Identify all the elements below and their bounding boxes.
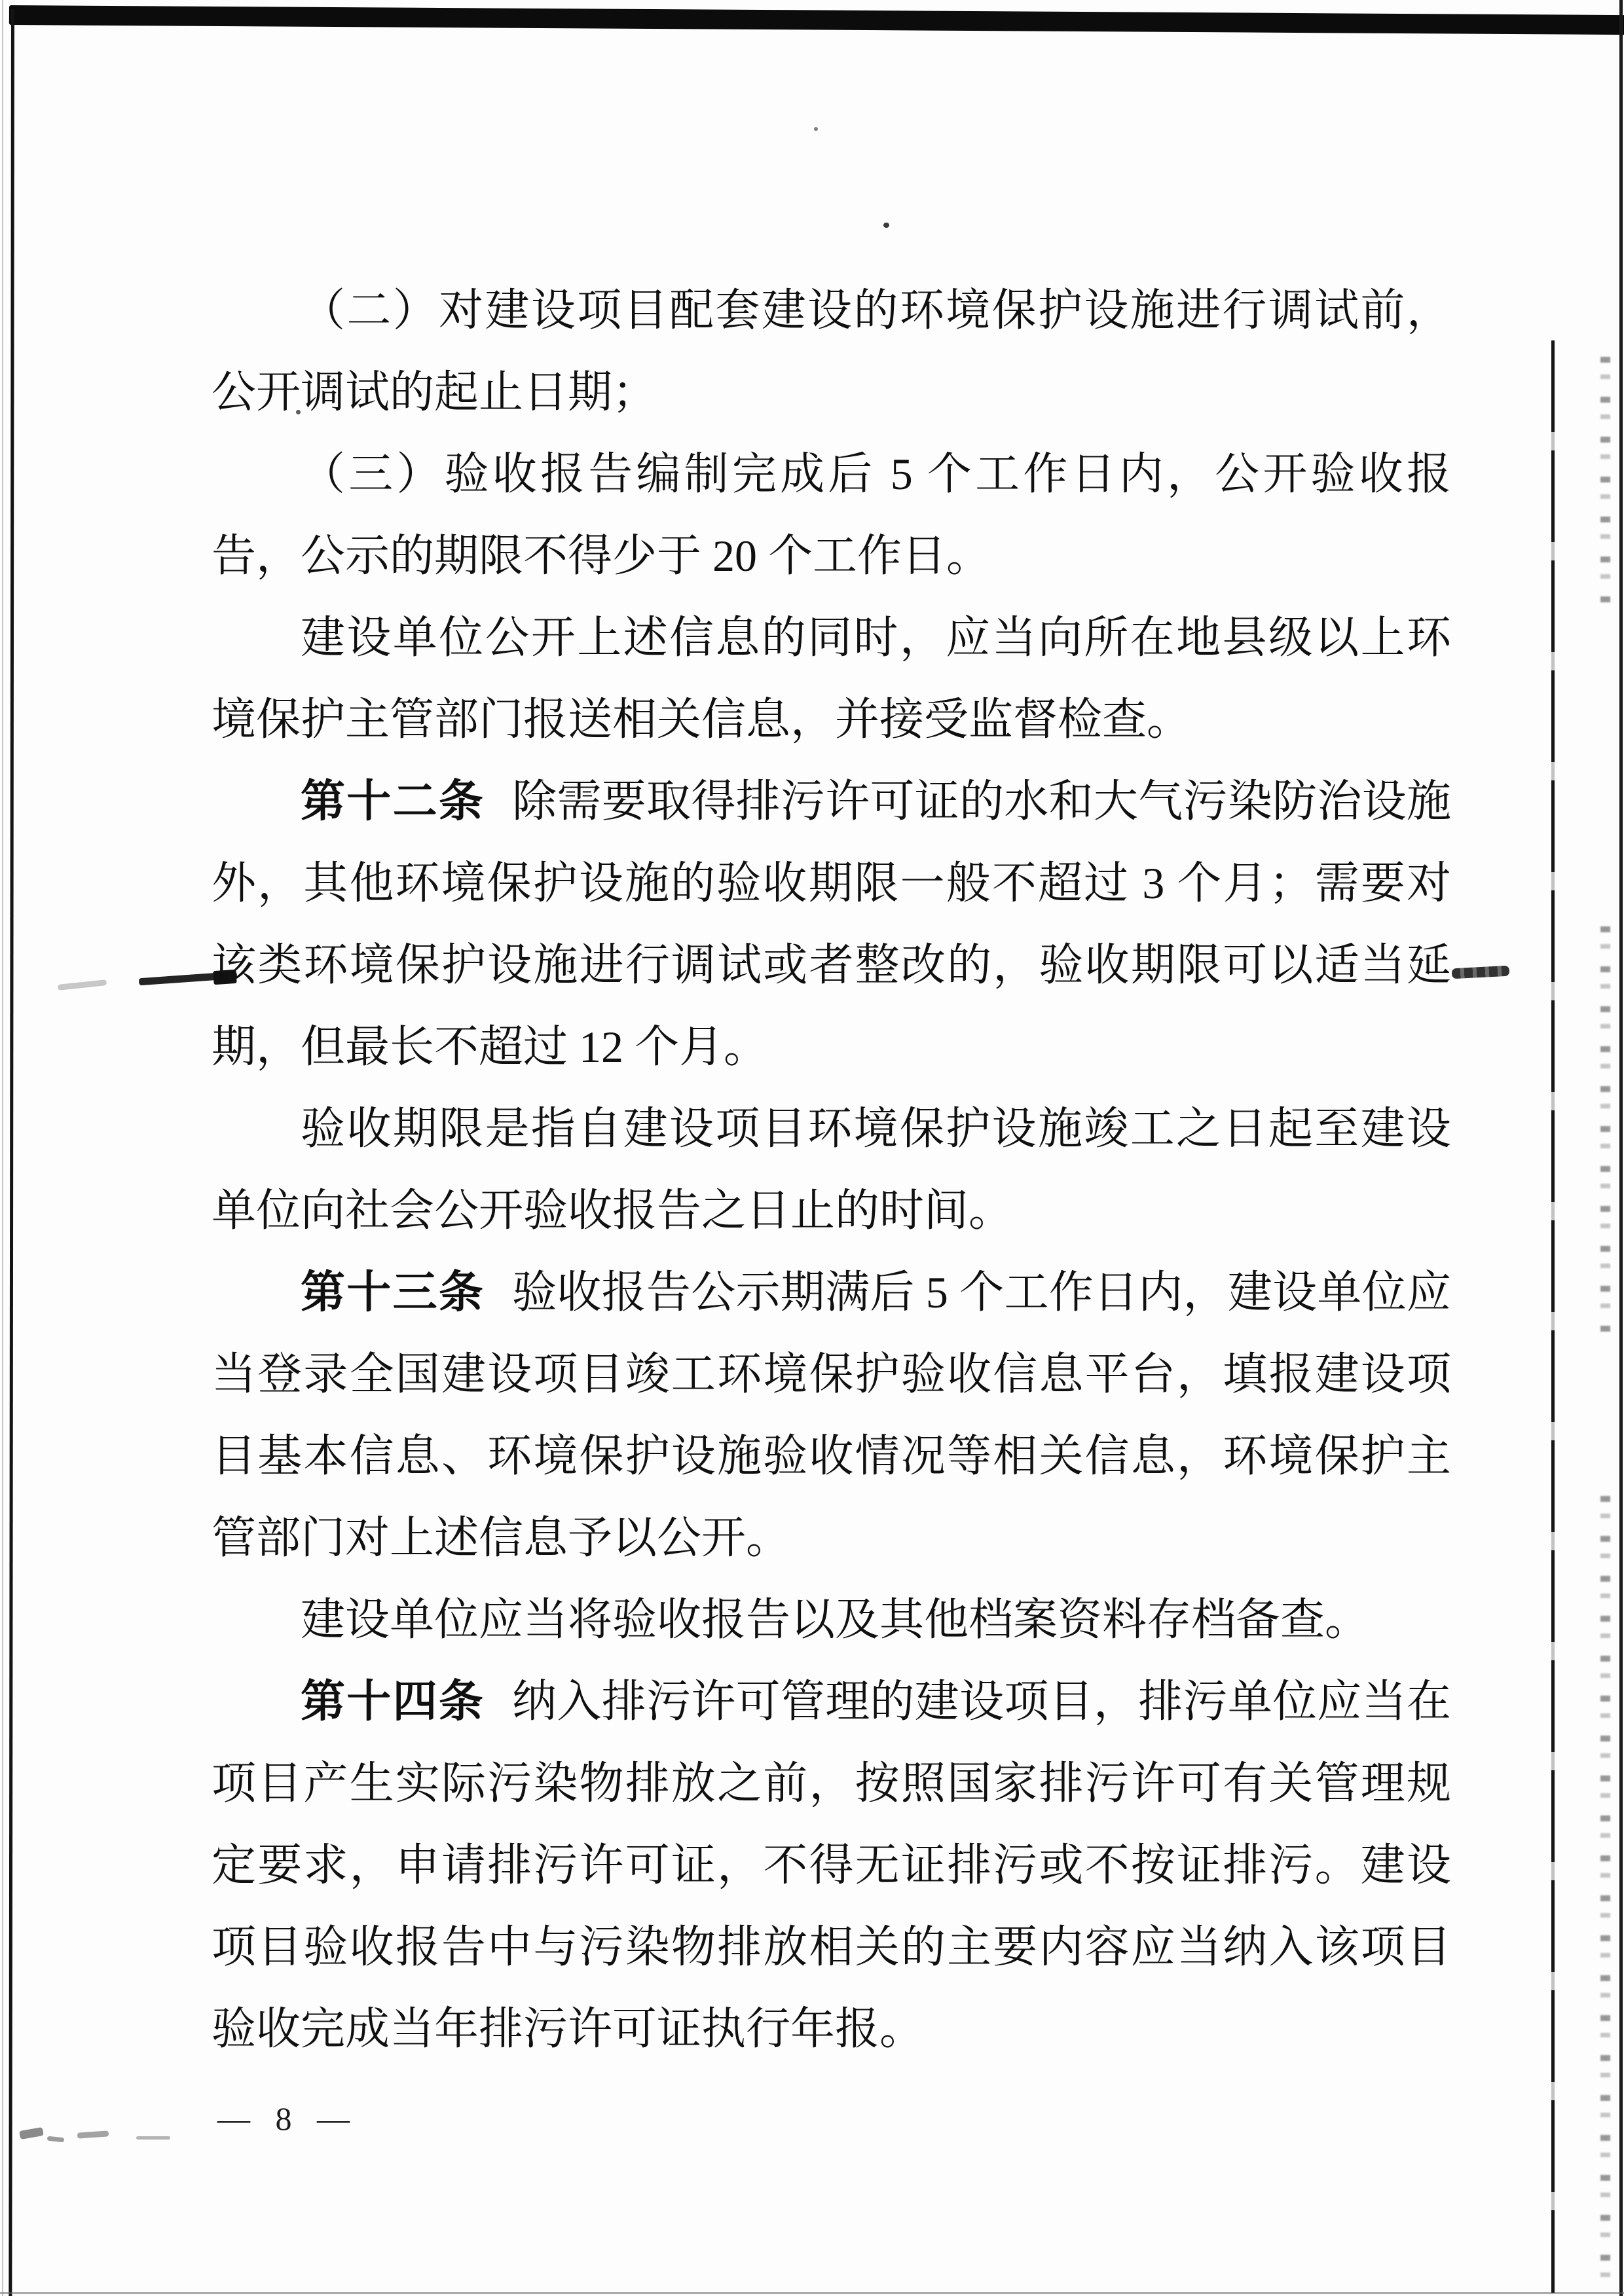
scan-artifact-dot — [814, 127, 818, 131]
paragraph-article-14: 第十四条纳入排污许可管理的建设项目，排污单位应当在项目产生实际污染物排放之前，按… — [212, 1661, 1451, 2070]
scan-artifact-footer-scribble — [77, 2130, 109, 2138]
scan-artifact-footer-scribble — [19, 2127, 44, 2140]
scan-artifact-bleed-specks-bottom — [1600, 1496, 1610, 2285]
scan-artifact-binding-streak — [1551, 340, 1555, 2293]
paragraph-text: 纳入排污许可管理的建设项目，排污单位应当在项目产生实际污染物排放之前，按照国家排… — [212, 1677, 1451, 2054]
paragraph-item-3: （三）验收报告编制完成后 5 个工作日内，公开验收报告，公示的期限不得少于 20… — [212, 433, 1451, 597]
scan-frame-bottom-border — [0, 2292, 1624, 2294]
paragraph-acceptance-period-definition: 验收期限是指自建设项目环境保护设施竣工之日起至建设单位向社会公开验收报告之日止的… — [212, 1088, 1451, 1252]
scan-frame-right-border — [1619, 0, 1623, 2296]
page-number: — 8 — — [217, 2099, 350, 2138]
scan-artifact-dot — [883, 223, 889, 228]
scan-frame-top-border — [9, 5, 1624, 35]
article-number-label: 第十二条 — [301, 776, 485, 828]
paragraph-text: 建设单位应当将验收报告以及其他档案资料存档备查。 — [301, 1595, 1369, 1645]
scan-edge-left-faint-line — [2, 0, 3, 2296]
scan-artifact-footer-scribble — [136, 2136, 170, 2140]
article-number-label: 第十三条 — [301, 1267, 485, 1319]
scan-artifact-right-margin-squiggle — [1452, 966, 1510, 979]
article-number-label: 第十四条 — [301, 1676, 485, 1728]
document-body: （二）对建设项目配套建设的环境保护设施进行调试前，公开调试的起止日期； （三）验… — [212, 270, 1451, 2070]
scan-artifact-bleed-specks-top — [1600, 357, 1610, 609]
paragraph-text: 验收期限是指自建设项目环境保护设施竣工之日起至建设单位向社会公开验收报告之日止的… — [212, 1104, 1451, 1235]
paragraph-article-12: 第十二条除需要取得排污许可证的水和大气污染防治设施外，其他环境保护设施的验收期限… — [212, 761, 1451, 1088]
scan-artifact-footer-scribble — [47, 2136, 65, 2143]
paragraph-supervision: 建设单位公开上述信息的同时，应当向所在地县级以上环境保护主管部门报送相关信息，并… — [212, 597, 1451, 761]
paragraph-text: （三）验收报告编制完成后 5 个工作日内，公开验收报告，公示的期限不得少于 20… — [212, 449, 1451, 581]
paragraph-item-2: （二）对建设项目配套建设的环境保护设施进行调试前，公开调试的起止日期； — [212, 270, 1451, 433]
scan-artifact-bleed-specks-middle — [1600, 926, 1610, 1336]
paragraph-text: （二）对建设项目配套建设的环境保护设施进行调试前，公开调试的起止日期； — [212, 285, 1451, 417]
scan-artifact-left-margin-faint-mark — [58, 979, 107, 991]
paragraph-article-13: 第十三条验收报告公示期满后 5 个工作日内，建设单位应当登录全国建设项目竣工环境… — [212, 1252, 1451, 1579]
paragraph-text: 建设单位公开上述信息的同时，应当向所在地县级以上环境保护主管部门报送相关信息，并… — [212, 613, 1451, 744]
paragraph-archive: 建设单位应当将验收报告以及其他档案资料存档备查。 — [212, 1579, 1451, 1661]
scan-frame-left-border — [9, 9, 14, 2296]
scanned-document-page: （二）对建设项目配套建设的环境保护设施进行调试前，公开调试的起止日期； （三）验… — [0, 0, 1624, 2296]
